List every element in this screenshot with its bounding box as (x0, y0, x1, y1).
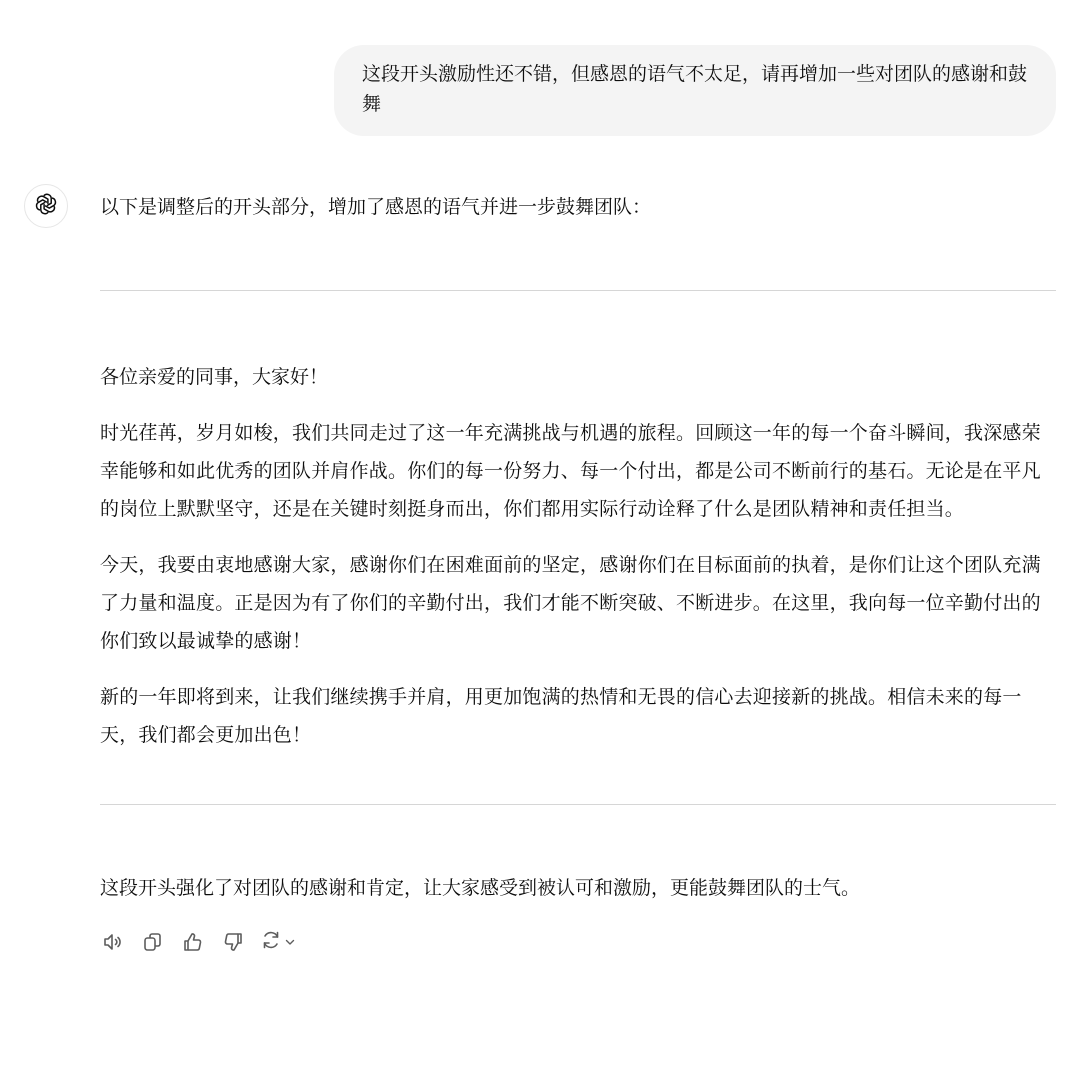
assistant-avatar (24, 184, 68, 228)
refresh-icon (260, 929, 282, 955)
assistant-intro: 以下是调整后的开头部分，增加了感恩的语气并进一步鼓舞团队： (100, 190, 1056, 224)
speaker-icon (102, 931, 124, 953)
assistant-summary: 这段开头强化了对团队的感谢和肯定，让大家感受到被认可和激励，更能鼓舞团队的士气。 (100, 871, 1056, 905)
speech-paragraph: 今天，我要由衷地感谢大家，感谢你们在困难面前的坚定，感谢你们在目标面前的执着，是… (100, 546, 1056, 660)
read-aloud-button[interactable] (100, 929, 126, 955)
divider-bottom (100, 804, 1056, 805)
bad-response-button[interactable] (220, 929, 246, 955)
user-message-text: 这段开头激励性还不错，但感恩的语气不太足，请再增加一些对团队的感谢和鼓舞 (362, 63, 1027, 115)
copy-icon (142, 931, 164, 953)
openai-logo-icon (34, 192, 58, 220)
regenerate-button[interactable] (260, 929, 302, 955)
assistant-message: 以下是调整后的开头部分，增加了感恩的语气并进一步鼓舞团队： 各位亲爱的同事，大家… (100, 190, 1056, 955)
user-message-bubble: 这段开头激励性还不错，但感恩的语气不太足，请再增加一些对团队的感谢和鼓舞 (334, 45, 1056, 136)
divider-top (100, 290, 1056, 291)
thumbs-up-icon (182, 931, 204, 953)
speech-greeting: 各位亲爱的同事，大家好！ (100, 358, 1056, 396)
thumbs-down-icon (222, 931, 244, 953)
speech-paragraph: 时光荏苒，岁月如梭，我们共同走过了这一年充满挑战与机遇的旅程。回顾这一年的每一个… (100, 414, 1056, 528)
speech-paragraph: 新的一年即将到来，让我们继续携手并肩，用更加饱满的热情和无畏的信心去迎接新的挑战… (100, 678, 1056, 754)
good-response-button[interactable] (180, 929, 206, 955)
message-actions (100, 929, 1056, 955)
chevron-down-icon (284, 933, 296, 952)
copy-button[interactable] (140, 929, 166, 955)
